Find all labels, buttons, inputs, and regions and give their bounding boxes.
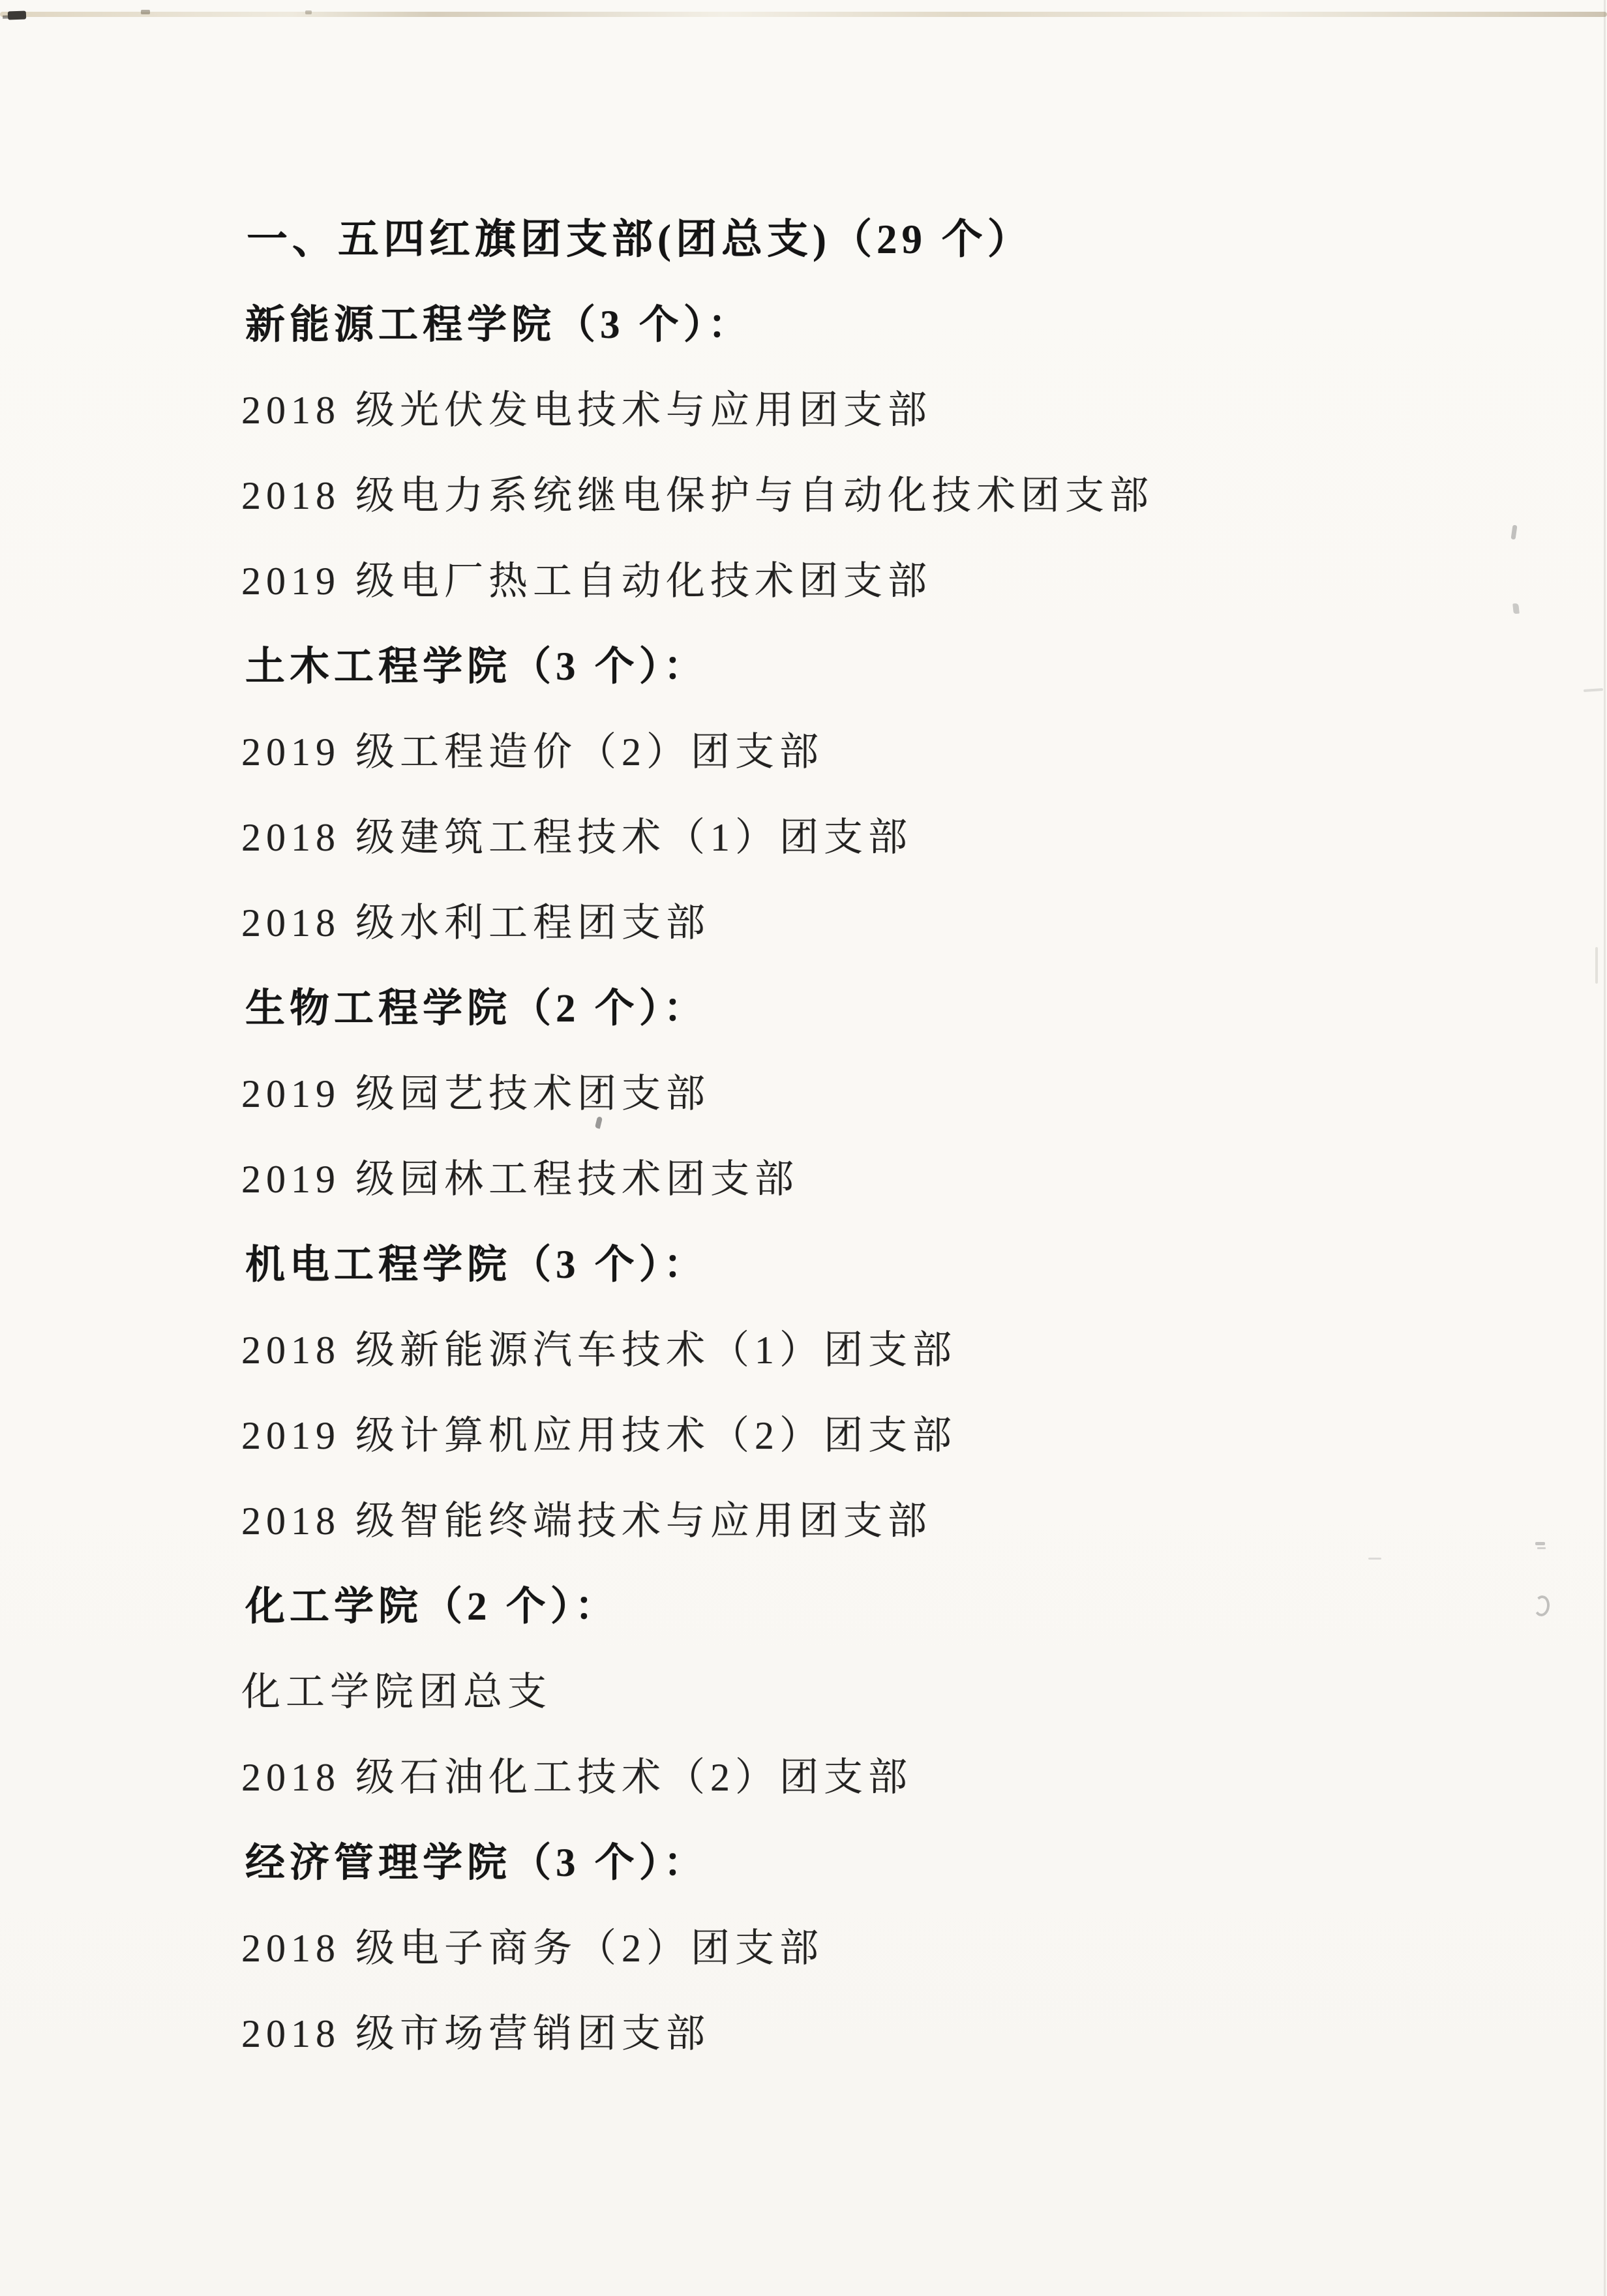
list-item: 2019 级园艺技术团支部 [241,1048,1494,1133]
list-item: 2018 级石油化工技术（2）团支部 [241,1731,1494,1817]
section-heading: 土木工程学院（3 个）： [241,620,1494,706]
list-item: 2019 级计算机应用技术（2）团支部 [241,1389,1494,1475]
scan-speck [1535,1542,1545,1545]
scan-speck [1533,1595,1550,1617]
section-heading: 生物工程学院（2 个）： [241,962,1494,1048]
section-heading: 经济管理学院（3 个）： [241,1817,1494,1902]
scan-speck [1511,525,1518,540]
document-title: 一、五四红旗团支部(团总支)（29 个） [241,193,1494,279]
scan-speck [1595,947,1598,984]
scan-corner-blob [8,11,26,20]
section-heading: 化工学院（2 个）： [241,1560,1494,1646]
list-item: 2018 级电子商务（2）团支部 [241,1902,1494,1987]
list-item: 2018 级市场营销团支部 [241,1987,1494,2073]
section-heading: 机电工程学院（3 个）： [241,1218,1494,1304]
list-item: 2019 级园林工程技术团支部 [241,1133,1494,1218]
document-body: 一、五四红旗团支部(团总支)（29 个） 新能源工程学院（3 个）： 2018 … [241,193,1494,2073]
scanned-document-page: 一、五四红旗团支部(团总支)（29 个） 新能源工程学院（3 个）： 2018 … [0,0,1607,2296]
list-item: 2018 级电力系统继电保护与自动化技术团支部 [241,449,1494,535]
scan-edge-line [1604,0,1606,2296]
list-item: 2018 级新能源汽车技术（1）团支部 [241,1304,1494,1389]
scan-speck [141,10,150,14]
list-item: 2018 级光伏发电技术与应用团支部 [241,364,1494,449]
scan-speck [305,10,312,14]
scan-top-streak [0,12,1607,17]
list-item: 2018 级建筑工程技术（1）团支部 [241,791,1494,877]
section-heading: 新能源工程学院（3 个）： [241,279,1494,364]
list-item: 2018 级水利工程团支部 [241,877,1494,962]
list-item: 化工学院团总支 [241,1646,1494,1731]
list-item: 2018 级智能终端技术与应用团支部 [241,1475,1494,1560]
scan-speck [1512,603,1520,614]
list-item: 2019 级工程造价（2）团支部 [241,706,1494,791]
scan-speck [1584,688,1603,692]
list-item: 2019 级电厂热工自动化技术团支部 [241,535,1494,620]
